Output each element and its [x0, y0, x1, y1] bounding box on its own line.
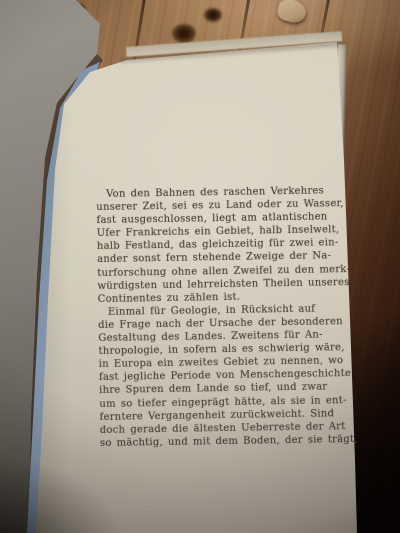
paragraph-2: Einmal für Geologie, in Rücksicht aufdie…: [98, 302, 313, 449]
printed-text-block: Von den Bahnen des raschen Verkehresunse…: [96, 185, 313, 450]
book-photo-scene: Von den Bahnen des raschen Verkehresunse…: [0, 0, 400, 533]
paragraph-1: Von den Bahnen des raschen Verkehresunse…: [96, 185, 311, 306]
wood-stain: [172, 24, 196, 43]
wood-stain: [204, 8, 222, 22]
